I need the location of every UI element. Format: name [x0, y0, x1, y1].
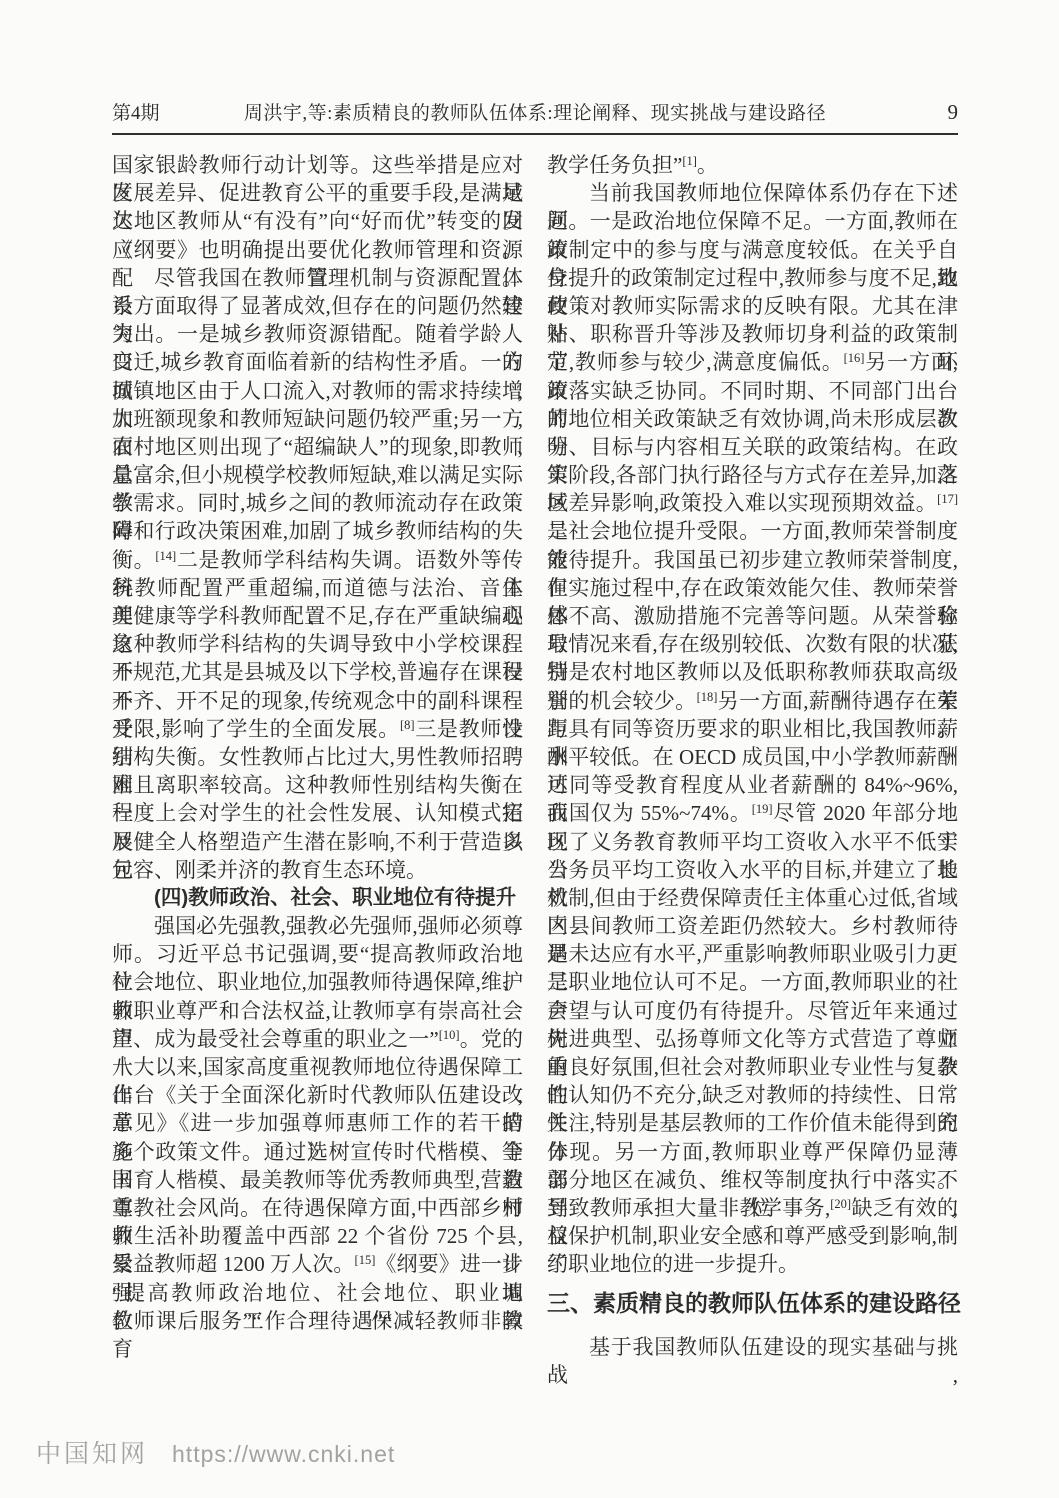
text-line: 能待提升。我国虽已初步建立教师荣誉制度,但: [547, 546, 958, 574]
text-line: 学需求。同时,城乡之间的教师流动存在政策障: [112, 489, 523, 517]
text-line: 师。习近平总书记强调,要“提高教师政治地位、: [112, 940, 523, 968]
citation-marker: [18]: [697, 690, 718, 704]
text-line: 碍和行政决策困难,加剧了城乡教师结构的失: [112, 517, 523, 545]
text-line: 基于我国教师队伍建设的现实基础与挑战,: [547, 1333, 958, 1361]
text-line: 科教师配置严重超编,而道德与法治、音体美、心: [112, 574, 523, 602]
text-line: 农村地区则出现了“超编缺人”的现象,即教师总: [112, 433, 523, 461]
text-line: 节,教师参与较少,满意度偏低。[16]另一方面,政: [547, 348, 958, 376]
journal-page: 第4期 周洪宇,等:素质精良的教师队伍体系:理论阐释、现实挑战与建设路径 9 国…: [0, 0, 1059, 1498]
citation-marker: [19]: [752, 802, 773, 816]
cnki-url: https://www.cnki.net: [172, 1441, 395, 1468]
text-line: 难且离职率较高。这种教师性别结构失衡在一定: [112, 771, 523, 799]
text-line: 了职业地位的进一步提升。: [547, 1250, 958, 1278]
text-line: 这种教师学科结构的失调导致中小学校课程开设: [112, 630, 523, 658]
text-line: 的良好氛围,但社会对教师职业专业性与复杂性: [547, 1053, 958, 1081]
running-title: 周洪宇,等:素质精良的教师队伍体系:理论阐释、现实挑战与建设路径: [232, 98, 838, 125]
text-line: 变迁,城乡教育面临着新的结构性矛盾。一方面,: [112, 348, 523, 376]
text-line: 与具有同等资历要求的职业相比,我国教师薪酬: [547, 715, 958, 743]
text-line: 多个政策文件。通过选树宣传时代楷模、全国教: [112, 1138, 523, 1166]
citation-marker: [15]: [355, 1253, 376, 1267]
text-line: 师生活补助覆盖中西部 22 个省份 725 个县,累计: [112, 1222, 523, 1250]
text-line: 是社会地位提升受限。一方面,教师荣誉制度效: [547, 517, 958, 545]
text-line: 在实施过程中,存在政策效能欠佳、教师荣誉体验: [547, 574, 958, 602]
text-line: 设方面取得了显著成效,但存在的问题仍然较为: [112, 292, 523, 320]
text-line: 现了义务教育教师平均工资收入水平不低于当地: [547, 828, 958, 856]
text-line: 突出。一是城乡教师资源错配。随着学龄人口的: [112, 320, 523, 348]
text-line: 感不高、激励措施不完善等问题。从荣誉称号获: [547, 602, 958, 630]
text-line: 贴、职称晋升等涉及教师切身利益的政策制定环: [547, 320, 958, 348]
citation-marker: [8]: [400, 718, 415, 732]
text-line: 八大以来,国家高度重视教师地位待遇保障工作,: [112, 1053, 523, 1081]
citation-marker: [20]: [830, 1197, 851, 1211]
text-line: 书育人楷模、最美教师等优秀教师典型,营造尊师: [112, 1166, 523, 1194]
article-body: 国家银龄教师行动计划等。这些举措是应对区域发展差异、促进教育公平的重要手段,是满…: [112, 151, 958, 1361]
page-header: 第4期 周洪宇,等:素质精良的教师队伍体系:理论阐释、现实挑战与建设路径 9: [112, 98, 958, 125]
text-line: 程度上会对学生的社会性发展、认知模式拓展以: [112, 799, 523, 827]
text-line: 望、成为最受社会尊重的职业之一”[10]。党的十: [112, 1025, 523, 1053]
text-line: 位提升的政策制定过程中,教师参与度不足,致使: [547, 264, 958, 292]
text-line: 受限,影响了学生的全面发展。[8]三是教师性别: [112, 715, 523, 743]
text-line: 教师课后服务工作合理待遇”“减轻教师非教育: [112, 1307, 523, 1335]
text-line: 国家银龄教师行动计划等。这些举措是应对区域: [112, 151, 523, 179]
text-line: 机制,但由于经费保障责任主体重心过低,省域内: [547, 884, 958, 912]
text-line: 是未达应有水平,严重影响教师职业吸引力。三: [547, 940, 958, 968]
text-line: 教学任务负担”[1]。: [547, 151, 958, 179]
text-line: 公务员平均工资收入水平的目标,并建立了长效: [547, 856, 958, 884]
text-line: 社会地位、职业地位,加强教师待遇保障,维护教: [112, 968, 523, 996]
citation-marker: [16]: [844, 351, 865, 365]
text-line: 体现。另一方面,教师职业尊严保障仍显薄弱。: [547, 1138, 958, 1166]
text-line: 政策对教师实际需求的反映有限。尤其在津补: [547, 292, 958, 320]
text-line: 导致教师承担大量非教学事务,[20]缺乏有效的权: [547, 1194, 958, 1222]
text-line: 是职业地位认可不足。一方面,教师职业的社会: [547, 968, 958, 996]
text-line: 达地区教师从“有没有”向“好而优”转变的回应。: [112, 207, 523, 235]
text-line: 及健全人格塑造产生潜在影响,不利于营造多元: [112, 828, 523, 856]
left-column: 国家银龄教师行动计划等。这些举措是应对区域发展差异、促进教育公平的重要手段,是满…: [112, 151, 523, 1361]
text-line: 受益教师超 1200 万人次。[15]《纲要》进一步强调: [112, 1250, 523, 1278]
text-line: 我国仅为 55%~74%。[19]尽管 2020 年部分地区实: [547, 799, 958, 827]
text-line: 益保护机制,职业安全感和尊严感受到影响,制约: [547, 1222, 958, 1250]
right-column: 教学任务负担”[1]。当前我国教师地位保障体系仍存在下述问题。一是政治地位保障不…: [547, 151, 958, 1361]
text-line: 达同等受教育程度从业者薪酬的 84%~96%,而: [547, 771, 958, 799]
cnki-brand: 中国知网: [36, 1434, 148, 1470]
cnki-watermark: 中国知网 https://www.cnki.net: [36, 1434, 395, 1470]
text-line: 策落实缺乏协同。不同时期、不同部门出台的教: [547, 377, 958, 405]
citation-marker: [10]: [439, 1028, 460, 1042]
text-line: 师职业尊严和合法权益,让教师享有崇高社会声: [112, 997, 523, 1025]
text-line: 强国必先强教,强教必先强师,强师必须尊: [112, 912, 523, 940]
citation-marker: [1]: [682, 154, 697, 168]
text-line: 区县间教师工资差距仍然较大。乡村教师待遇更: [547, 912, 958, 940]
text-line: 量富余,但小规模学校教师短缺,难以满足实际教: [112, 461, 523, 489]
section-heading: 三、素质精良的教师队伍体系的建设路径: [547, 1287, 958, 1319]
text-line: 重教社会风尚。在待遇保障方面,中西部乡村教: [112, 1194, 523, 1222]
text-line: 的认知仍不充分,缺乏对教师的持续性、日常性的: [547, 1081, 958, 1109]
text-line: 结构失衡。女性教师占比过大,男性教师招聘困: [112, 743, 523, 771]
text-line: “提高教师政治地位、社会地位、职业地位”“保障: [112, 1279, 523, 1307]
issue-label: 第4期: [112, 98, 232, 125]
text-line: 衡。[14]二是教师学科结构失调。语数外等传统主: [112, 546, 523, 574]
text-line: 当前我国教师地位保障体系仍存在下述问: [547, 179, 958, 207]
text-line: 发展差异、促进教育公平的重要手段,是满足欠发: [112, 179, 523, 207]
text-line: 《纲要》也明确提出要优化教师管理和资源配置。: [112, 236, 523, 264]
text-line: 誉的机会较少。[18]另一方面,薪酬待遇存在差距。: [547, 687, 958, 715]
text-line: 师地位相关政策缺乏有效协调,尚未形成层次分: [547, 405, 958, 433]
sub-heading: (四)教师政治、社会、职业地位有待提升: [112, 884, 523, 912]
header-rule: [112, 133, 958, 135]
citation-marker: [14]: [155, 549, 176, 563]
page-number: 9: [838, 100, 958, 125]
text-line: 理健康等学科教师配置不足,存在严重缺编现象。: [112, 602, 523, 630]
text-line: 不规范,尤其是县城及以下学校,普遍存在课程开: [112, 658, 523, 686]
text-line: 包容、刚柔并济的教育生态环境。: [112, 856, 523, 884]
citation-marker: [17]: [937, 492, 958, 506]
text-line: 策制定中的参与度与满意度较低。在关乎自身地: [547, 236, 958, 264]
text-line: 部分地区在减负、维权等制度执行中落实不到位,: [547, 1166, 958, 1194]
text-line: 出台《关于全面深化新时代教师队伍建设改革的: [112, 1081, 523, 1109]
text-line: 意见》《进一步加强尊师惠师工作的若干措施》等: [112, 1109, 523, 1137]
text-line: 实阶段,各部门执行路径与方式存在差异,加之区: [547, 461, 958, 489]
text-line: 尽管我国在教师管理机制与资源配置体系建: [112, 264, 523, 292]
text-line: 水平较低。在 OECD 成员国,中小学教师薪酬可: [547, 743, 958, 771]
text-line: 城镇地区由于人口流入,对教师的需求持续增加,: [112, 377, 523, 405]
text-line: 取情况来看,存在级别较低、次数有限的状况,特: [547, 630, 958, 658]
text-line: 域差异影响,政策投入难以实现预期效益。[17]二: [547, 489, 958, 517]
text-line: 别是农村地区教师以及低职称教师获取高级别荣: [547, 658, 958, 686]
text-line: 声望与认可度仍有待提升。尽管近年来通过树立: [547, 997, 958, 1025]
text-line: 不齐、开不足的现象,传统观念中的副科课程开设: [112, 687, 523, 715]
text-line: 先进典型、弘扬尊师文化等方式营造了尊师重教: [547, 1025, 958, 1053]
text-line: 关注,特别是基层教师的工作价值未能得到充分: [547, 1109, 958, 1137]
text-line: 明、目标与内容相互关联的政策结构。在政策落: [547, 433, 958, 461]
text-line: 题。一是政治地位保障不足。一方面,教师在政: [547, 207, 958, 235]
text-line: 大班额现象和教师短缺问题仍较严重;另一方面,: [112, 405, 523, 433]
